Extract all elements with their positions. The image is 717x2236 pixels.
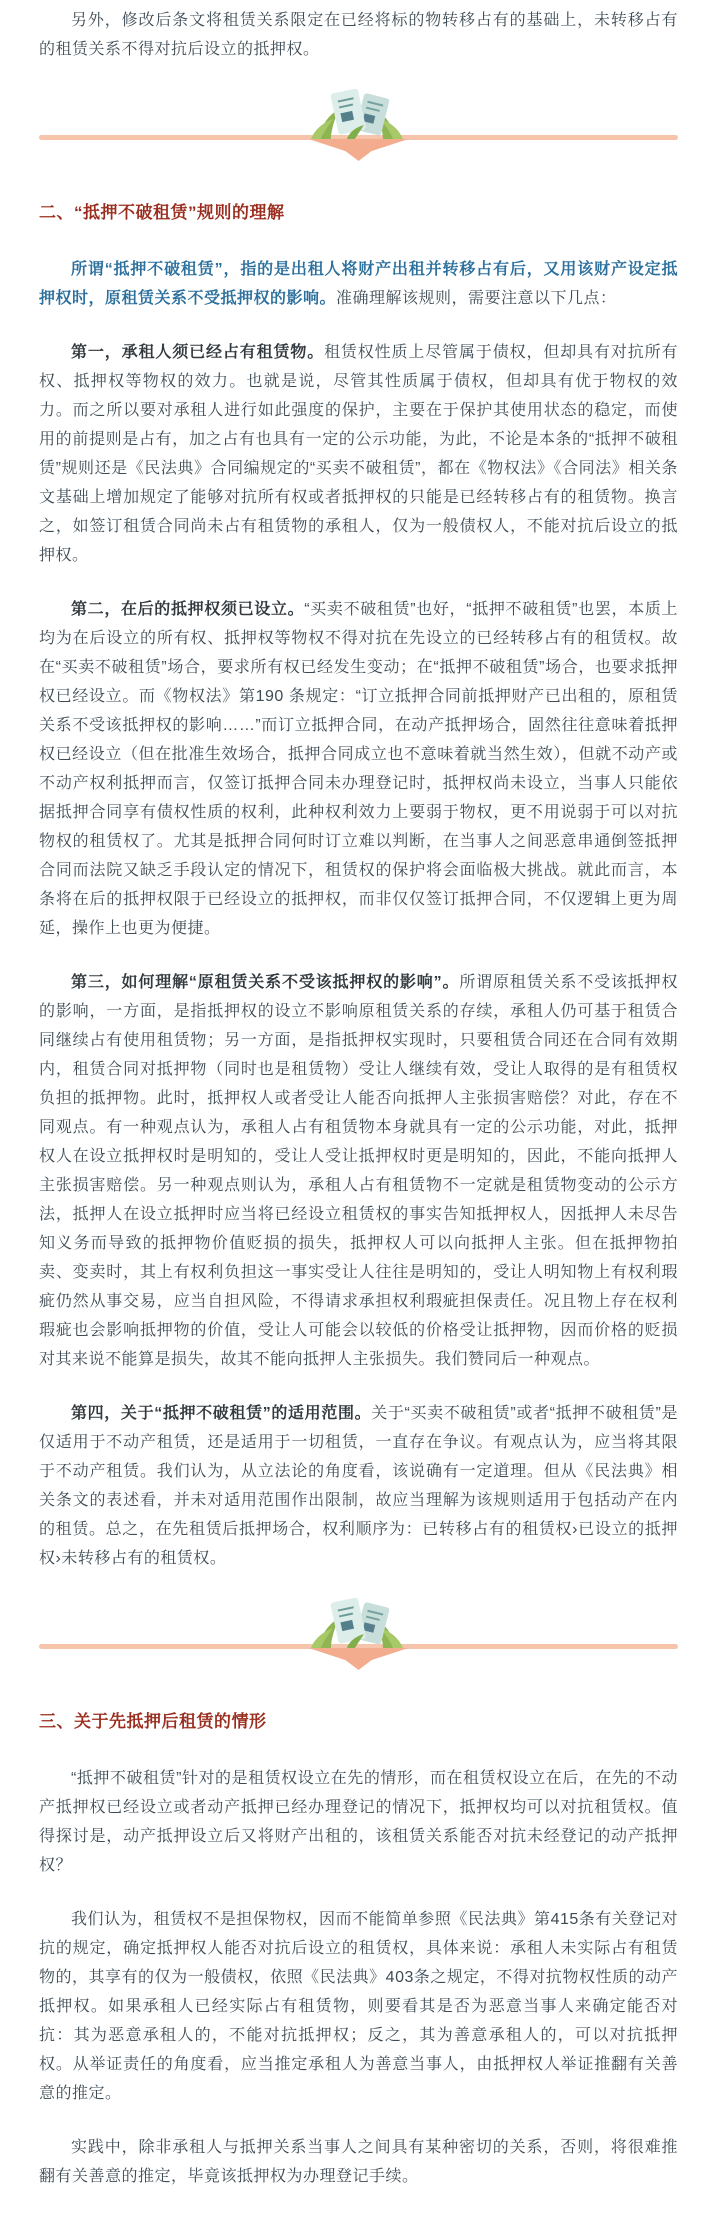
divider-arrow [309,1648,409,1670]
point-1-lead: 第一，承租人须已经占有租赁物。 [71,344,324,361]
point-paragraph-1: 第一，承租人须已经占有租赁物。租赁权性质上尽管属于债权，但却具有对抗所有权、抵押… [39,338,678,570]
section-three-heading: 三、关于先抵押后租赁的情形 [39,1710,678,1734]
section-three-paragraph-2: 我们认为，租赁权不是担保物权，因而不能简单参照《民法典》第415条有关登记对抗的… [39,1905,678,2108]
section-divider [39,1598,678,1676]
point-3-body: 所谓原租赁关系不受该抵押权的影响，一方面，是指抵押权的设立不影响原租赁关系的存续… [39,974,678,1368]
point-paragraph-2: 第二，在后的抵押权须已设立。“买卖不破租赁”也好，“抵押不破租赁”也罢，本质上均… [39,595,678,943]
point-paragraph-4: 第四，关于“抵押不破租赁”的适用范围。关于“买卖不破租赁”或者“抵押不破租赁”是… [39,1399,678,1573]
section-two-lead-paragraph: 所谓“抵押不破租赁”，指的是出租人将财产出租并转移占有后，又用该财产设定抵押权时… [39,255,678,313]
documents-grass-icon [304,1598,408,1650]
point-2-lead: 第二，在后的抵押权须已设立。 [71,601,304,618]
point-3-lead: 第三，如何理解“原租赁关系不受该抵押权的影响”。 [71,974,459,991]
documents-grass-icon [304,89,408,141]
section-three-paragraph-3: 实践中，除非承租人与抵押关系当事人之间具有某种密切的关系，否则，将很难推翻有关善… [39,2133,678,2191]
point-4-body: 关于“买卖不破租赁”或者“抵押不破租赁”是仅适用于不动产租赁，还是适用于一切租赁… [39,1405,678,1567]
divider-arrow [309,139,409,161]
section-divider [39,89,678,167]
point-4-lead: 第四，关于“抵押不破租赁”的适用范围。 [71,1405,371,1422]
intro-paragraph: 另外，修改后条文将租赁关系限定在已经将标的物转移占有的基础上，未转移占有的租赁关… [39,6,678,64]
section-two-heading: 二、“抵押不破租赁”规则的理解 [39,201,678,225]
point-2-body: “买卖不破租赁”也好，“抵押不破租赁”也罢，本质上均为在后设立的所有权、抵押权等… [39,601,678,937]
article-body: 另外，修改后条文将租赁关系限定在已经将标的物转移占有的基础上，未转移占有的租赁关… [0,0,717,2236]
point-1-body: 租赁权性质上尽管属于债权，但却具有对抗所有权、抵押权等物权的效力。也就是说，尽管… [39,344,678,564]
section-three-paragraph-1: “抵押不破租赁”针对的是租赁权设立在先的情形，而在租赁权设立在后，在先的不动产抵… [39,1764,678,1880]
point-paragraph-3: 第三，如何理解“原租赁关系不受该抵押权的影响”。所谓原租赁关系不受该抵押权的影响… [39,968,678,1374]
section-two-lead-rest: 准确理解该规则，需要注意以下几点： [336,290,617,307]
